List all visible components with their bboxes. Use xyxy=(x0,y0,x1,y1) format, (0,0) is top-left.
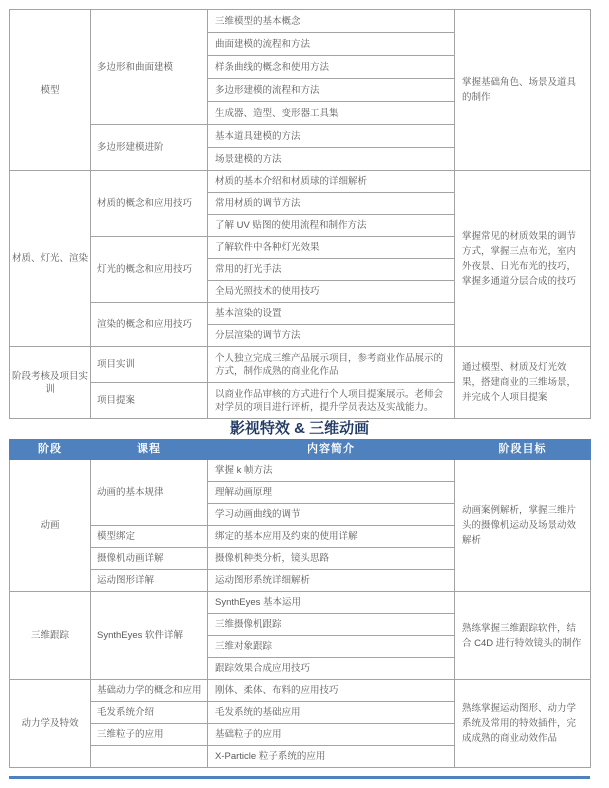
content-cell: 基本渲染的设置 xyxy=(208,303,455,325)
table-row: 动画 动画的基本规律 掌握 k 帧方法 动画案例解析，掌握三维片头的摄像机运动及… xyxy=(10,460,591,482)
content-cell: 掌握 k 帧方法 xyxy=(208,460,455,482)
content-cell: 绑定的基本应用及约束的使用详解 xyxy=(208,526,455,548)
column-header-content: 内容简介 xyxy=(208,440,455,460)
content-cell: SynthEyes 基本运用 xyxy=(208,592,455,614)
course-cell: 毛发系统介绍 xyxy=(91,702,208,724)
course-cell-empty xyxy=(91,746,208,768)
course-cell: SynthEyes 软件详解 xyxy=(91,592,208,680)
table-row: 阶段考核及项目实训 项目实训 个人独立完成三维产品展示项目，参考商业作品展示的方… xyxy=(10,347,591,383)
content-cell: 样条曲线的概念和使用方法 xyxy=(208,56,455,79)
content-cell: 三维对象跟踪 xyxy=(208,636,455,658)
goal-cell: 掌握常见的材质效果的调节方式，掌握三点布光，室内外夜景、日光布光的技巧，掌握多通… xyxy=(455,171,591,347)
stage-cell: 材质、灯光、渲染 xyxy=(10,171,91,347)
content-cell: 常用材质的调节方法 xyxy=(208,193,455,215)
course-cell: 多边形和曲面建模 xyxy=(91,10,208,125)
course-cell: 渲染的概念和应用技巧 xyxy=(91,303,208,347)
content-cell: 生成器、造型、变形器工具集 xyxy=(208,102,455,125)
table-row: 模型 多边形和曲面建模 三维模型的基本概念 掌握基础角色、场景及道具的制作 xyxy=(10,10,591,33)
goal-cell: 掌握基础角色、场景及道具的制作 xyxy=(455,10,591,171)
section-title: 影视特效 & 三维动画 xyxy=(9,421,590,437)
curriculum-table-part2: 阶段 课程 内容简介 阶段目标 动画 动画的基本规律 掌握 k 帧方法 动画案例… xyxy=(9,439,591,768)
content-cell: 三维模型的基本概念 xyxy=(208,10,455,33)
content-cell: 学习动画曲线的调节 xyxy=(208,504,455,526)
course-cell: 运动图形详解 xyxy=(91,570,208,592)
course-cell: 基础动力学的概念和应用 xyxy=(91,680,208,702)
content-cell: 以商业作品审核的方式进行个人项目提案展示。老师会对学员的项目进行评析，提升学员表… xyxy=(208,383,455,419)
course-cell: 动画的基本规律 xyxy=(91,460,208,526)
content-cell: 曲面建模的流程和方法 xyxy=(208,33,455,56)
table-row: 动力学及特效 基础动力学的概念和应用 刚体、柔体、布料的应用技巧 熟练掌握运动图… xyxy=(10,680,591,702)
content-cell: 基本道具建模的方法 xyxy=(208,125,455,148)
content-cell: 跟踪效果合成应用技巧 xyxy=(208,658,455,680)
content-cell: 常用的打光手法 xyxy=(208,259,455,281)
next-table-header-cutoff xyxy=(9,776,590,779)
content-cell: 了解 UV 贴图的使用流程和制作方法 xyxy=(208,215,455,237)
content-cell: 场景建模的方法 xyxy=(208,148,455,171)
content-cell: 毛发系统的基础应用 xyxy=(208,702,455,724)
content-cell: X-Particle 粒子系统的应用 xyxy=(208,746,455,768)
goal-cell: 动画案例解析，掌握三维片头的摄像机运动及场景动效解析 xyxy=(455,460,591,592)
goal-cell: 熟练掌握运动图形、动力学系统及常用的特效插件，完成成熟的商业动效作品 xyxy=(455,680,591,768)
content-cell: 全局光照技术的使用技巧 xyxy=(208,281,455,303)
course-cell: 摄像机动画详解 xyxy=(91,548,208,570)
table-header-row: 阶段 课程 内容简介 阶段目标 xyxy=(10,440,591,460)
content-cell: 运动图形系统详细解析 xyxy=(208,570,455,592)
content-cell: 理解动画原理 xyxy=(208,482,455,504)
course-cell: 模型绑定 xyxy=(91,526,208,548)
column-header-stage: 阶段 xyxy=(10,440,91,460)
content-cell: 了解软件中各种灯光效果 xyxy=(208,237,455,259)
course-cell: 多边形建模进阶 xyxy=(91,125,208,171)
table-row: 材质、灯光、渲染 材质的概念和应用技巧 材质的基本介绍和材质球的详细解析 掌握常… xyxy=(10,171,591,193)
goal-cell: 通过模型、材质及灯光效果，搭建商业的三维场景，并完成个人项目提案 xyxy=(455,347,591,419)
content-cell: 分层渲染的调节方法 xyxy=(208,325,455,347)
course-cell: 灯光的概念和应用技巧 xyxy=(91,237,208,303)
stage-cell: 动画 xyxy=(10,460,91,592)
content-cell: 三维摄像机跟踪 xyxy=(208,614,455,636)
stage-cell: 模型 xyxy=(10,10,91,171)
column-header-course: 课程 xyxy=(91,440,208,460)
content-cell: 个人独立完成三维产品展示项目，参考商业作品展示的方式，制作成熟的商业化作品 xyxy=(208,347,455,383)
document-page: 模型 多边形和曲面建模 三维模型的基本概念 掌握基础角色、场景及道具的制作 曲面… xyxy=(0,9,609,779)
stage-cell: 动力学及特效 xyxy=(10,680,91,768)
curriculum-table-part1: 模型 多边形和曲面建模 三维模型的基本概念 掌握基础角色、场景及道具的制作 曲面… xyxy=(9,9,591,419)
column-header-goal: 阶段目标 xyxy=(455,440,591,460)
course-cell: 材质的概念和应用技巧 xyxy=(91,171,208,237)
goal-cell: 熟练掌握三维跟踪软件，结合 C4D 进行特效镜头的制作 xyxy=(455,592,591,680)
course-cell: 项目实训 xyxy=(91,347,208,383)
content-cell: 材质的基本介绍和材质球的详细解析 xyxy=(208,171,455,193)
table-row: 三维跟踪 SynthEyes 软件详解 SynthEyes 基本运用 熟练掌握三… xyxy=(10,592,591,614)
stage-cell: 阶段考核及项目实训 xyxy=(10,347,91,419)
stage-cell: 三维跟踪 xyxy=(10,592,91,680)
content-cell: 刚体、柔体、布料的应用技巧 xyxy=(208,680,455,702)
course-cell: 三维粒子的应用 xyxy=(91,724,208,746)
content-cell: 摄像机种类分析，镜头思路 xyxy=(208,548,455,570)
content-cell: 多边形建模的流程和方法 xyxy=(208,79,455,102)
course-cell: 项目提案 xyxy=(91,383,208,419)
content-cell: 基础粒子的应用 xyxy=(208,724,455,746)
